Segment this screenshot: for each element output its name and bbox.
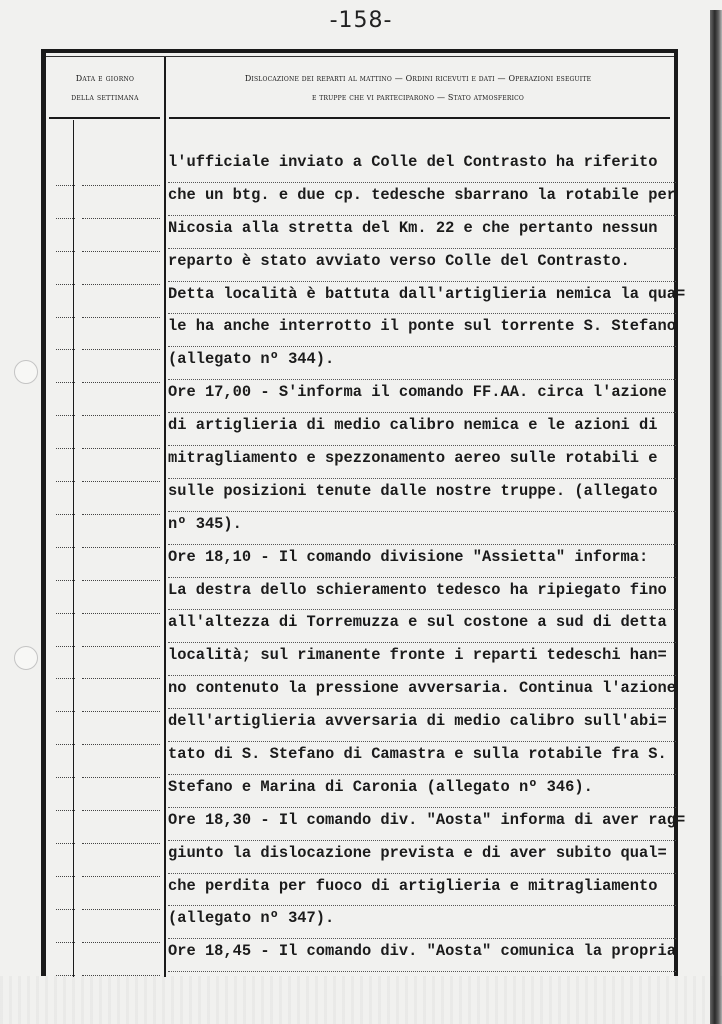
text-line: che un btg. e due cp. tedesche sbarrano … bbox=[168, 183, 676, 216]
text-line-content: sulle posizioni tenute dalle nostre trup… bbox=[168, 482, 658, 500]
header-rule-left bbox=[49, 117, 160, 119]
text-line: Stefano e Marina di Caronia (allegato nº… bbox=[168, 775, 676, 808]
text-line: Ore 18,45 - Il comando div. "Aosta" comu… bbox=[168, 939, 676, 972]
text-line: Ore 18,30 - Il comando div. "Aosta" info… bbox=[168, 808, 676, 841]
text-line-content: Ore 17,00 - S'informa il comando FF.AA. … bbox=[168, 383, 667, 401]
text-line-content: l'ufficiale inviato a Colle del Contrast… bbox=[168, 153, 658, 171]
text-line-content: che perdita per fuoco di artiglieria e m… bbox=[168, 877, 658, 895]
page-number: -158- bbox=[0, 8, 722, 33]
text-line-content: le ha anche interrotto il ponte sul torr… bbox=[168, 317, 676, 335]
text-line: che perdita per fuoco di artiglieria e m… bbox=[168, 874, 676, 907]
text-line-content: all'altezza di Torremuzza e sul costone … bbox=[168, 613, 667, 631]
header-line: della settimana bbox=[46, 88, 164, 107]
text-line: Nicosia alla stretta del Km. 22 e che pe… bbox=[168, 216, 676, 249]
text-line: Ore 18,10 - Il comando divisione "Assiet… bbox=[168, 545, 676, 578]
text-line-content: (allegato nº 347). bbox=[168, 909, 334, 927]
text-line-content: Detta località è battuta dall'artiglieri… bbox=[168, 285, 685, 303]
column-divider bbox=[164, 57, 166, 977]
text-line: le ha anche interrotto il ponte sul torr… bbox=[168, 314, 676, 347]
description-column-header: Dislocazione dei reparti al mattino — Or… bbox=[166, 69, 670, 107]
text-line-content: Ore 18,10 - Il comando divisione "Assiet… bbox=[168, 548, 648, 566]
text-line-content: nº 345). bbox=[168, 515, 242, 533]
text-line-content: mitragliamento e spezzonamento aereo sul… bbox=[168, 449, 658, 467]
punch-hole bbox=[14, 360, 38, 384]
text-line: (allegato nº 344). bbox=[168, 347, 676, 380]
scanned-page-edge bbox=[710, 10, 722, 1024]
text-line-content: Nicosia alla stretta del Km. 22 e che pe… bbox=[168, 219, 658, 237]
text-line: dell'artiglieria avversaria di medio cal… bbox=[168, 709, 676, 742]
text-line: no contenuto la pressione avversaria. Co… bbox=[168, 676, 676, 709]
text-line-content: La destra dello schieramento tedesco ha … bbox=[168, 581, 667, 599]
text-line: Detta località è battuta dall'artiglieri… bbox=[168, 282, 676, 315]
text-line-content: che un btg. e due cp. tedesche sbarrano … bbox=[168, 186, 676, 204]
text-line-content: Ore 18,45 - Il comando div. "Aosta" comu… bbox=[168, 942, 676, 960]
text-line: all'altezza di Torremuzza e sul costone … bbox=[168, 610, 676, 643]
text-line-content: Ore 18,30 - Il comando div. "Aosta" info… bbox=[168, 811, 685, 829]
text-line-content: Stefano e Marina di Caronia (allegato nº… bbox=[168, 778, 593, 796]
text-line: tato di S. Stefano di Camastra e sulla r… bbox=[168, 742, 676, 775]
text-line: di artiglieria di medio calibro nemica e… bbox=[168, 413, 676, 446]
date-column-header: Data e giorno della settimana bbox=[46, 69, 164, 107]
text-line: Ore 17,00 - S'informa il comando FF.AA. … bbox=[168, 380, 676, 413]
frame-inner-rule bbox=[46, 56, 674, 57]
text-line: nº 345). bbox=[168, 512, 676, 545]
text-line: località; sul rimanente fronte i reparti… bbox=[168, 643, 676, 676]
text-line-content: giunto la dislocazione prevista e di ave… bbox=[168, 844, 667, 862]
text-line-content: reparto è stato avviato verso Colle del … bbox=[168, 252, 630, 270]
header-line: e truppe che vi parteciparono — Stato at… bbox=[166, 88, 670, 107]
text-line: mitragliamento e spezzonamento aereo sul… bbox=[168, 446, 676, 479]
header-rule-right bbox=[169, 117, 670, 119]
text-line-content: dell'artiglieria avversaria di medio cal… bbox=[168, 712, 667, 730]
text-line: (allegato nº 347). bbox=[168, 906, 676, 939]
punch-hole bbox=[14, 646, 38, 670]
text-line-content: tato di S. Stefano di Camastra e sulla r… bbox=[168, 745, 667, 763]
text-line-content: località; sul rimanente fronte i reparti… bbox=[168, 646, 667, 664]
typewritten-entry: l'ufficiale inviato a Colle del Contrast… bbox=[168, 150, 678, 972]
text-line-content: di artiglieria di medio calibro nemica e… bbox=[168, 416, 658, 434]
text-line: reparto è stato avviato verso Colle del … bbox=[168, 249, 676, 282]
header-line: Dislocazione dei reparti al mattino — Or… bbox=[166, 69, 670, 88]
text-line: giunto la dislocazione prevista e di ave… bbox=[168, 841, 676, 874]
text-line-content: no contenuto la pressione avversaria. Co… bbox=[168, 679, 676, 697]
text-line: l'ufficiale inviato a Colle del Contrast… bbox=[168, 150, 676, 183]
date-subcolumn-divider bbox=[73, 120, 74, 977]
text-line: La destra dello schieramento tedesco ha … bbox=[168, 578, 676, 611]
header-line: Data e giorno bbox=[46, 69, 164, 88]
text-line: sulle posizioni tenute dalle nostre trup… bbox=[168, 479, 676, 512]
text-line-content: (allegato nº 344). bbox=[168, 350, 334, 368]
page-bottom-margin bbox=[0, 976, 722, 1024]
